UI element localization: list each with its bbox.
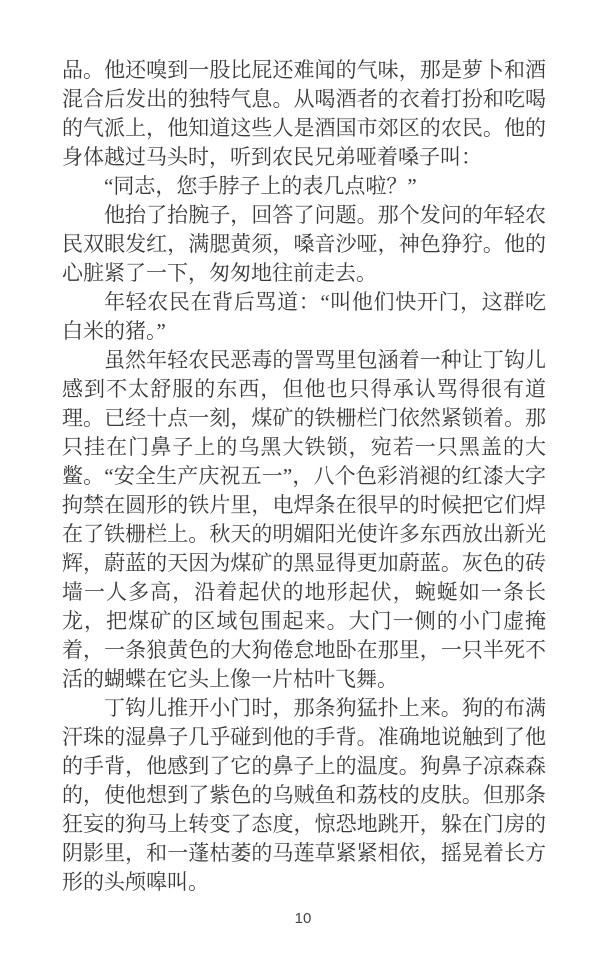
book-page: 品。他还嗅到一股比屁还难闻的气味，那是萝卜和酒混合后发出的独特气息。从喝酒者的衣… — [0, 0, 606, 970]
paragraph-continuation: 品。他还嗅到一股比屁还难闻的气味，那是萝卜和酒混合后发出的独特气息。从喝酒者的衣… — [62, 56, 546, 172]
body-text: 品。他还嗅到一股比屁还难闻的气味，那是萝卜和酒混合后发出的独特气息。从喝酒者的衣… — [62, 56, 546, 897]
paragraph-dialogue-1: “同志，您手脖子上的表几点啦？” — [62, 172, 546, 201]
paragraph-5: 丁钩儿推开小门时，那条狗猛扑上来。狗的布满汗珠的湿鼻子几乎碰到他的手背。准确地说… — [62, 694, 546, 897]
paragraph-2: 他抬了抬腕子，回答了问题。那个发问的年轻农民双眼发红，满腮黄须，嗓音沙哑，神色狰… — [62, 201, 546, 288]
paragraph-4: 虽然年轻农民恶毒的詈骂里包涵着一种让丁钩儿感到不太舒服的东西，但他也只得承认骂得… — [62, 346, 546, 694]
paragraph-dialogue-2: 年轻农民在背后骂道：“叫他们快开门，这群吃白米的猪。” — [62, 288, 546, 346]
page-number: 10 — [0, 910, 606, 927]
